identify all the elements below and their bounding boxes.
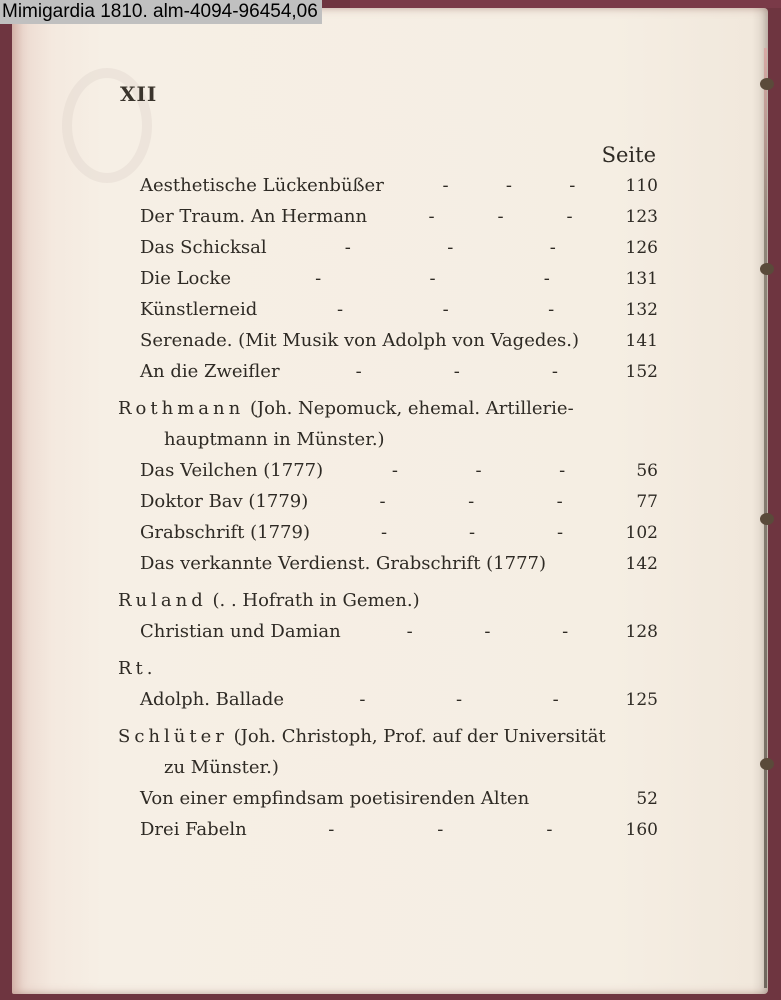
entry-page-number: 128 (618, 617, 658, 648)
leader-dash: - (326, 814, 336, 845)
author-details: (. . Hofrath in Gemen.) (212, 590, 419, 611)
toc-entry: Serenade. (Mit Musik von Adolph von Vage… (118, 325, 658, 356)
leader-dash: - (482, 616, 492, 647)
top-background-band (350, 0, 781, 8)
leader-dash: - (555, 486, 565, 517)
entry-page-number: 132 (618, 295, 658, 326)
entry-page-number: 131 (618, 264, 658, 295)
leader-dash: - (557, 455, 567, 486)
leader-dash: - (354, 356, 364, 387)
leader-dash: - (564, 201, 574, 232)
entry-title: Von einer empfindsam poetisirenden Alten (140, 783, 529, 814)
leader-dash: - (445, 232, 455, 263)
toc-entry: Künstlerneid---132 (118, 294, 658, 325)
entry-page-number: 123 (618, 202, 658, 233)
entry-title: Doktor Bav (1779) (140, 486, 308, 517)
author-name: Schlüter (118, 726, 228, 747)
leader-dash: - (357, 684, 367, 715)
dash-leader: --- (267, 232, 618, 263)
author-details: (Joh. Christoph, Prof. auf der Universit… (234, 726, 606, 747)
leader-dash: - (555, 517, 565, 548)
toc-entry: Christian und Damian---128 (118, 616, 658, 647)
toc-entry: Das verkannte Verdienst. Grabschrift (17… (118, 548, 658, 579)
leader-dash: - (452, 356, 462, 387)
entry-page-number: 102 (618, 518, 658, 549)
entry-page-number: 152 (618, 357, 658, 388)
dash-leader: --- (341, 616, 618, 647)
leader-dash: - (441, 294, 451, 325)
leader-dash: - (427, 263, 437, 294)
dash-leader: --- (247, 814, 618, 845)
leader-dash: - (466, 486, 476, 517)
leader-dash: - (313, 263, 323, 294)
dash-leader: --- (257, 294, 618, 325)
dash-leader: --- (367, 201, 618, 232)
dash-leader: --- (231, 263, 618, 294)
entry-title: Das Schicksal (140, 232, 267, 263)
leader-dash: - (427, 201, 437, 232)
table-of-contents: Seite Aesthetische Lückenbüßer---110Der … (118, 140, 658, 845)
entry-title: Die Locke (140, 263, 231, 294)
toc-entry: An die Zweifler---152 (118, 356, 658, 387)
entry-title: Grabschrift (1779) (140, 517, 310, 548)
author-details-continued: zu Münster.) (118, 752, 658, 783)
leader-dash: - (504, 170, 514, 201)
toc-entry: Das Schicksal---126 (118, 232, 658, 263)
binding-thread-icon (760, 758, 774, 770)
leader-dash: - (379, 517, 389, 548)
entry-title: Adolph. Ballade (140, 684, 284, 715)
entry-title: Der Traum. An Hermann (140, 201, 367, 232)
toc-entry: Aesthetische Lückenbüßer---110 (118, 170, 658, 201)
leader-dash: - (405, 616, 415, 647)
leader-dash: - (496, 201, 506, 232)
leader-dash: - (435, 814, 445, 845)
entry-page-number: 56 (618, 456, 658, 487)
entry-page-number: 110 (618, 171, 658, 202)
toc-entry: Das Veilchen (1777)---56 (118, 455, 658, 486)
entry-title: Christian und Damian (140, 616, 341, 647)
author-heading: Rothmann (Joh. Nepomuck, ehemal. Artille… (118, 393, 658, 455)
author-name: Rt. (118, 658, 157, 679)
entry-title: Aesthetische Lückenbüßer (140, 170, 384, 201)
leader-dash: - (343, 232, 353, 263)
author-heading: Rt. (118, 653, 658, 684)
leader-dash: - (560, 616, 570, 647)
leader-dash: - (550, 356, 560, 387)
leader-dash: - (542, 263, 552, 294)
dash-leader: --- (310, 517, 618, 548)
toc-entry: Adolph. Ballade---125 (118, 684, 658, 715)
leader-dash: - (467, 517, 477, 548)
dash-leader: --- (384, 170, 618, 201)
leader-dash: - (567, 170, 577, 201)
leader-dash: - (454, 684, 464, 715)
dash-leader: --- (323, 455, 618, 486)
toc-entry: Von einer empfindsam poetisirenden Alten… (118, 783, 658, 814)
leader-dash: - (390, 455, 400, 486)
entry-page-number: 141 (623, 326, 658, 357)
leader-dash: - (548, 232, 558, 263)
dash-leader: --- (284, 684, 618, 715)
toc-entry: Der Traum. An Hermann---123 (118, 201, 658, 232)
toc-list: Aesthetische Lückenbüßer---110Der Traum.… (118, 170, 658, 845)
leader-dash: - (378, 486, 388, 517)
author-details: (Joh. Nepomuck, ehemal. Artillerie- (250, 398, 574, 419)
entry-title: Serenade. (Mit Musik von Adolph von Vage… (140, 325, 579, 356)
leader-dash: - (441, 170, 451, 201)
column-header-page: Seite (118, 140, 658, 170)
author-heading: Schlüter (Joh. Christoph, Prof. auf der … (118, 721, 658, 783)
entry-title: Künstlerneid (140, 294, 257, 325)
entry-title: Drei Fabeln (140, 814, 247, 845)
toc-entry: Grabschrift (1779)---102 (118, 517, 658, 548)
entry-page-number: 125 (618, 685, 658, 716)
entry-page-number: 142 (618, 549, 658, 580)
author-name: Ruland (118, 590, 207, 611)
author-details-continued: hauptmann in Münster.) (118, 424, 658, 455)
entry-page-number: 52 (618, 784, 658, 815)
toc-entry: Drei Fabeln---160 (118, 814, 658, 845)
entry-page-number: 160 (618, 815, 658, 846)
toc-entry: Die Locke---131 (118, 263, 658, 294)
leader-dash: - (474, 455, 484, 486)
binding-thread-icon (760, 78, 774, 90)
leader-dash: - (335, 294, 345, 325)
entry-page-number: 77 (618, 487, 658, 518)
leader-dash: - (544, 814, 554, 845)
entry-title: Das verkannte Verdienst. Grabschrift (17… (140, 548, 546, 579)
entry-title: An die Zweifler (140, 356, 280, 387)
image-caption: Mimigardia 1810. alm-4094-96454,06 (0, 0, 322, 24)
page-folio: XII (120, 82, 157, 106)
toc-entry: Doktor Bav (1779)---77 (118, 486, 658, 517)
leader-dash: - (546, 294, 556, 325)
dash-leader: --- (280, 356, 618, 387)
entry-title: Das Veilchen (1777) (140, 455, 323, 486)
binding-thread-icon (760, 513, 774, 525)
entry-page-number: 126 (618, 233, 658, 264)
binding-thread-icon (760, 263, 774, 275)
leader-dash: - (551, 684, 561, 715)
author-heading: Ruland (. . Hofrath in Gemen.) (118, 585, 658, 616)
dash-leader: --- (308, 486, 618, 517)
author-name: Rothmann (118, 398, 244, 419)
